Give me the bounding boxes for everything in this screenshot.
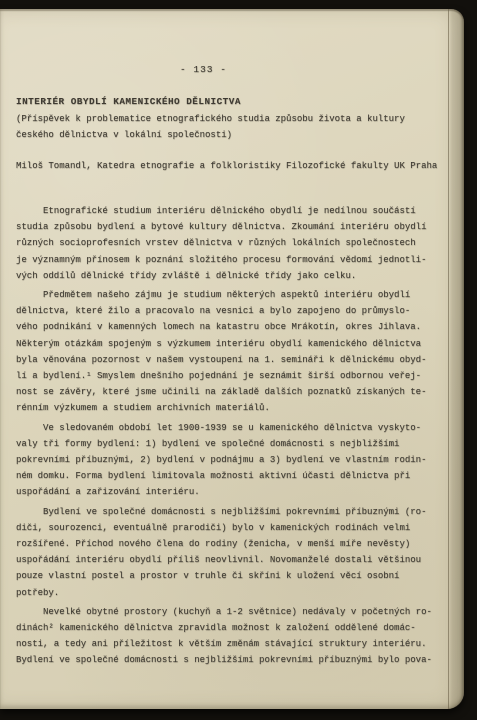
text-line: vých oddílů dělnické třídy zvláště i děl… <box>16 268 456 284</box>
text-line: diči, sourozenci, eventuálně prarodiči) … <box>16 520 456 536</box>
text-line: Bydlení ve společné domácnosti s nejbliž… <box>16 504 456 520</box>
text-line: Předmětem našeho zájmu je studium někter… <box>16 287 456 303</box>
paragraph-3: Ve sledovaném období let 1900-1939 se u … <box>16 420 456 501</box>
text-line: potřeby. <box>16 585 456 601</box>
text-line: rozšířené. Příchod nového člena do rodin… <box>16 536 456 552</box>
text-line: Nevelké obytné prostory (kuchyň a 1-2 sv… <box>16 604 456 620</box>
text-line: Ve sledovaném období let 1900-1939 se u … <box>16 420 456 436</box>
paragraph-1: Etnografické studium interiéru dělnickéh… <box>16 203 456 284</box>
text-line: Některým otázkám spojeným s výzkumem int… <box>16 336 456 352</box>
article-title: INTERIÉR OBYDLÍ KAMENICKÉHO DĚLNICTVA <box>16 94 448 111</box>
text-line: pokrevními příbuznými, 2) bydlení v podn… <box>16 452 456 468</box>
author-line: Miloš Tomandl, Katedra etnografie a folk… <box>16 158 448 175</box>
text-line: je významným přínosem k poznání složitéh… <box>16 252 456 268</box>
text-line: vého podnikání v kamenných lomech na kat… <box>16 319 456 335</box>
page-number: - 133 - <box>180 64 227 75</box>
article-header: INTERIÉR OBYDLÍ KAMENICKÉHO DĚLNICTVA (P… <box>16 94 448 174</box>
text-line: valy tři formy bydlení: 1) bydlení ve sp… <box>16 436 456 452</box>
text-line: Etnografické studium interiéru dělnickéh… <box>16 203 456 219</box>
text-line: uspořádání interiéru obydlí příliš neovl… <box>16 552 456 568</box>
text-line: českého dělnictva v lokální společnosti) <box>16 127 448 144</box>
text-line: nost se závěry, které jsme učinili na zá… <box>16 384 456 400</box>
text-line: Bydlení ve společné domácnosti s nejbliž… <box>16 652 456 668</box>
scan-background: { "colors": { "paper": "#dcd5bb", "ink":… <box>0 0 477 720</box>
text-line: byla věnována pozornost v našem vystoupe… <box>16 352 456 368</box>
article-subtitle: (Příspěvek k problematice etnografického… <box>16 111 448 144</box>
document-page: - 133 - INTERIÉR OBYDLÍ KAMENICKÉHO DĚLN… <box>0 9 464 709</box>
text-line: lí a bydlení.¹ Smyslem dnešního pojednán… <box>16 368 456 384</box>
text-line: různých socioprofesních vrstev dělnictva… <box>16 235 456 251</box>
text-line: ném domku. Forma bydlení limitovala možn… <box>16 468 456 484</box>
article-body: Etnografické studium interiéru dělnickéh… <box>16 203 456 672</box>
text-line: uspořádání a zařizování interiéru. <box>16 484 456 500</box>
paragraph-4: Bydlení ve společné domácnosti s nejbliž… <box>16 504 456 601</box>
text-line: dinách² kamenického dělnictva zpravidla … <box>16 620 456 636</box>
paragraph-5: Nevelké obytné prostory (kuchyň a 1-2 sv… <box>16 604 456 669</box>
text-line: (Příspěvek k problematice etnografického… <box>16 111 448 128</box>
text-line: nosti, a tedy ani příležitost k větším z… <box>16 636 456 652</box>
text-line: rénním výzkumem a studiem archivních mat… <box>16 400 456 416</box>
scanned-page-photo: - 133 - INTERIÉR OBYDLÍ KAMENICKÉHO DĚLN… <box>0 0 477 720</box>
text-line: dělnictva, které žilo a pracovalo na ves… <box>16 303 456 319</box>
paragraph-2: Předmětem našeho zájmu je studium někter… <box>16 287 456 417</box>
text-line: pouze vlastní postel a prostor v truhle … <box>16 568 456 584</box>
text-line: studia způsobu bydlení a bytové kultury … <box>16 219 456 235</box>
